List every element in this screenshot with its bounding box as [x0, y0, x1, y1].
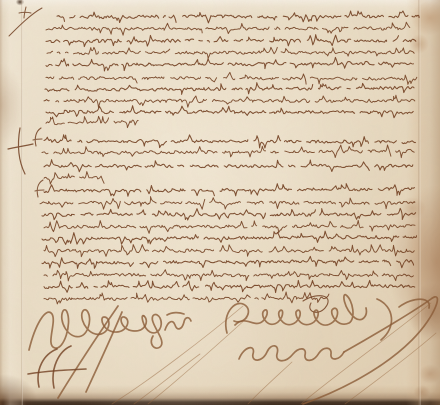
handwriting-ink-layer — [0, 0, 440, 405]
manuscript-scan — [0, 0, 440, 405]
paper-grain-texture — [0, 0, 440, 405]
